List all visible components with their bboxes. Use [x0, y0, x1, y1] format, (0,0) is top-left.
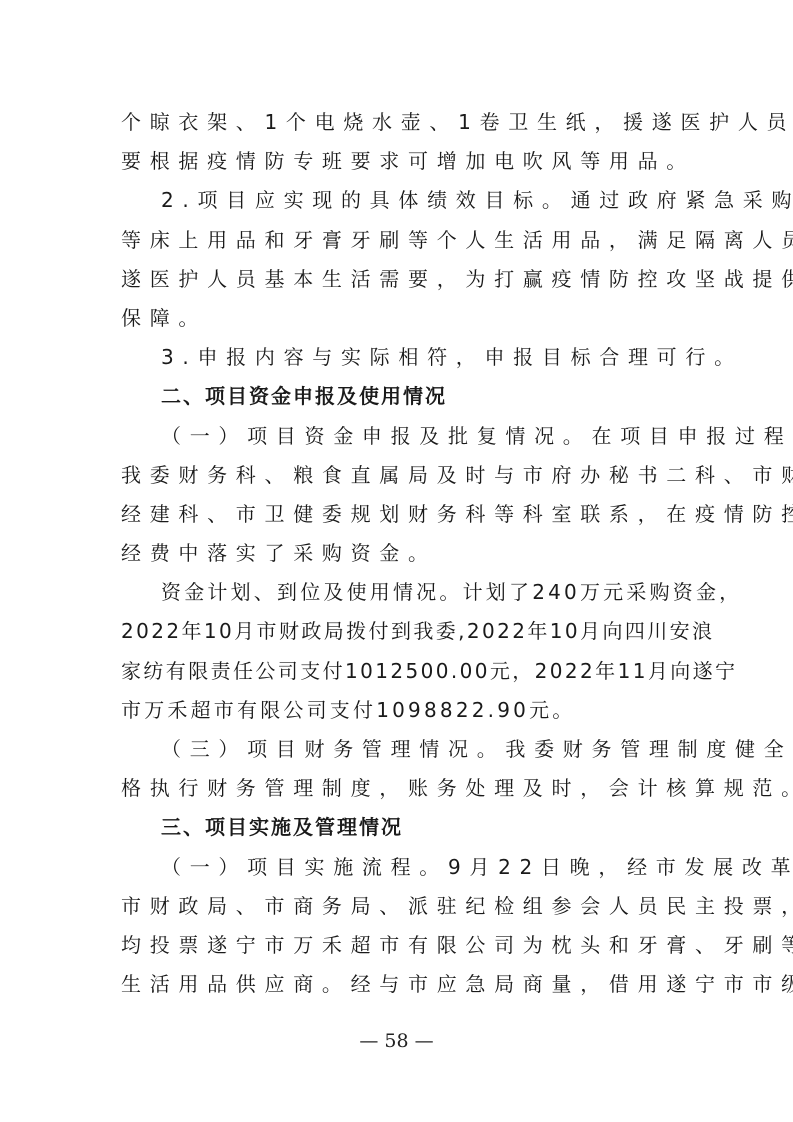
text-line: 等床上用品和牙膏牙刷等个人生活用品，满足隔离人员和援 [121, 221, 681, 260]
text-line: 要根据疫情防专班要求可增加电吹风等用品。 [121, 142, 681, 181]
page-number: — 58 — [0, 1030, 793, 1052]
document-body: 个晾衣架、1个电烧水壶、1卷卫生纸，援遂医护人员房间 要根据疫情防专班要求可增加… [121, 103, 681, 1004]
text-line: （一）项目实施流程。9月22日晚，经市发展改革委、 [121, 848, 681, 887]
section-heading-3: 三、项目实施及管理情况 [121, 808, 681, 847]
text-line: 格执行财务管理制度，账务处理及时，会计核算规范。 [121, 769, 681, 808]
text-line: 市万禾超市有限公司支付1098822.90元。 [121, 691, 681, 730]
document-page: 个晾衣架、1个电烧水壶、1卷卫生纸，援遂医护人员房间 要根据疫情防专班要求可增加… [0, 0, 793, 1122]
text-line: 遂医护人员基本生活需要，为打赢疫情防控攻坚战提供可靠 [121, 260, 681, 299]
text-line: 个晾衣架、1个电烧水壶、1卷卫生纸，援遂医护人员房间 [121, 103, 681, 142]
text-line: 经建科、市卫健委规划财务科等科室联系，在疫情防控专项 [121, 495, 681, 534]
text-line: 均投票遂宁市万禾超市有限公司为枕头和牙膏、牙刷等个人 [121, 926, 681, 965]
text-line: 经费中落实了采购资金。 [121, 534, 681, 573]
text-line: （一）项目资金申报及批复情况。在项目申报过程中， [121, 417, 681, 456]
text-line: 我委财务科、粮食直属局及时与市府办秘书二科、市财政局 [121, 456, 681, 495]
text-line: 生活用品供应商。经与市应急局商量，借用遂宁市市级救灾 [121, 965, 681, 1004]
text-line: 2.项目应实现的具体绩效目标。通过政府紧急采购棉被 [121, 181, 681, 220]
text-line: （三）项目财务管理情况。我委财务管理制度健全，严 [121, 730, 681, 769]
text-line: 保障。 [121, 299, 681, 338]
text-line: 资金计划、到位及使用情况。计划了240万元采购资金， [121, 573, 681, 612]
section-heading-2: 二、项目资金申报及使用情况 [121, 377, 681, 416]
text-line: 3.申报内容与实际相符，申报目标合理可行。 [121, 338, 681, 377]
text-line: 市财政局、市商务局、派驻纪检组参会人员民主投票，5人 [121, 887, 681, 926]
text-line: 家纺有限责任公司支付1012500.00元，2022年11月向遂宁 [121, 652, 681, 691]
text-line: 2022年10月市财政局拨付到我委,2022年10月向四川安浪 [121, 612, 681, 651]
